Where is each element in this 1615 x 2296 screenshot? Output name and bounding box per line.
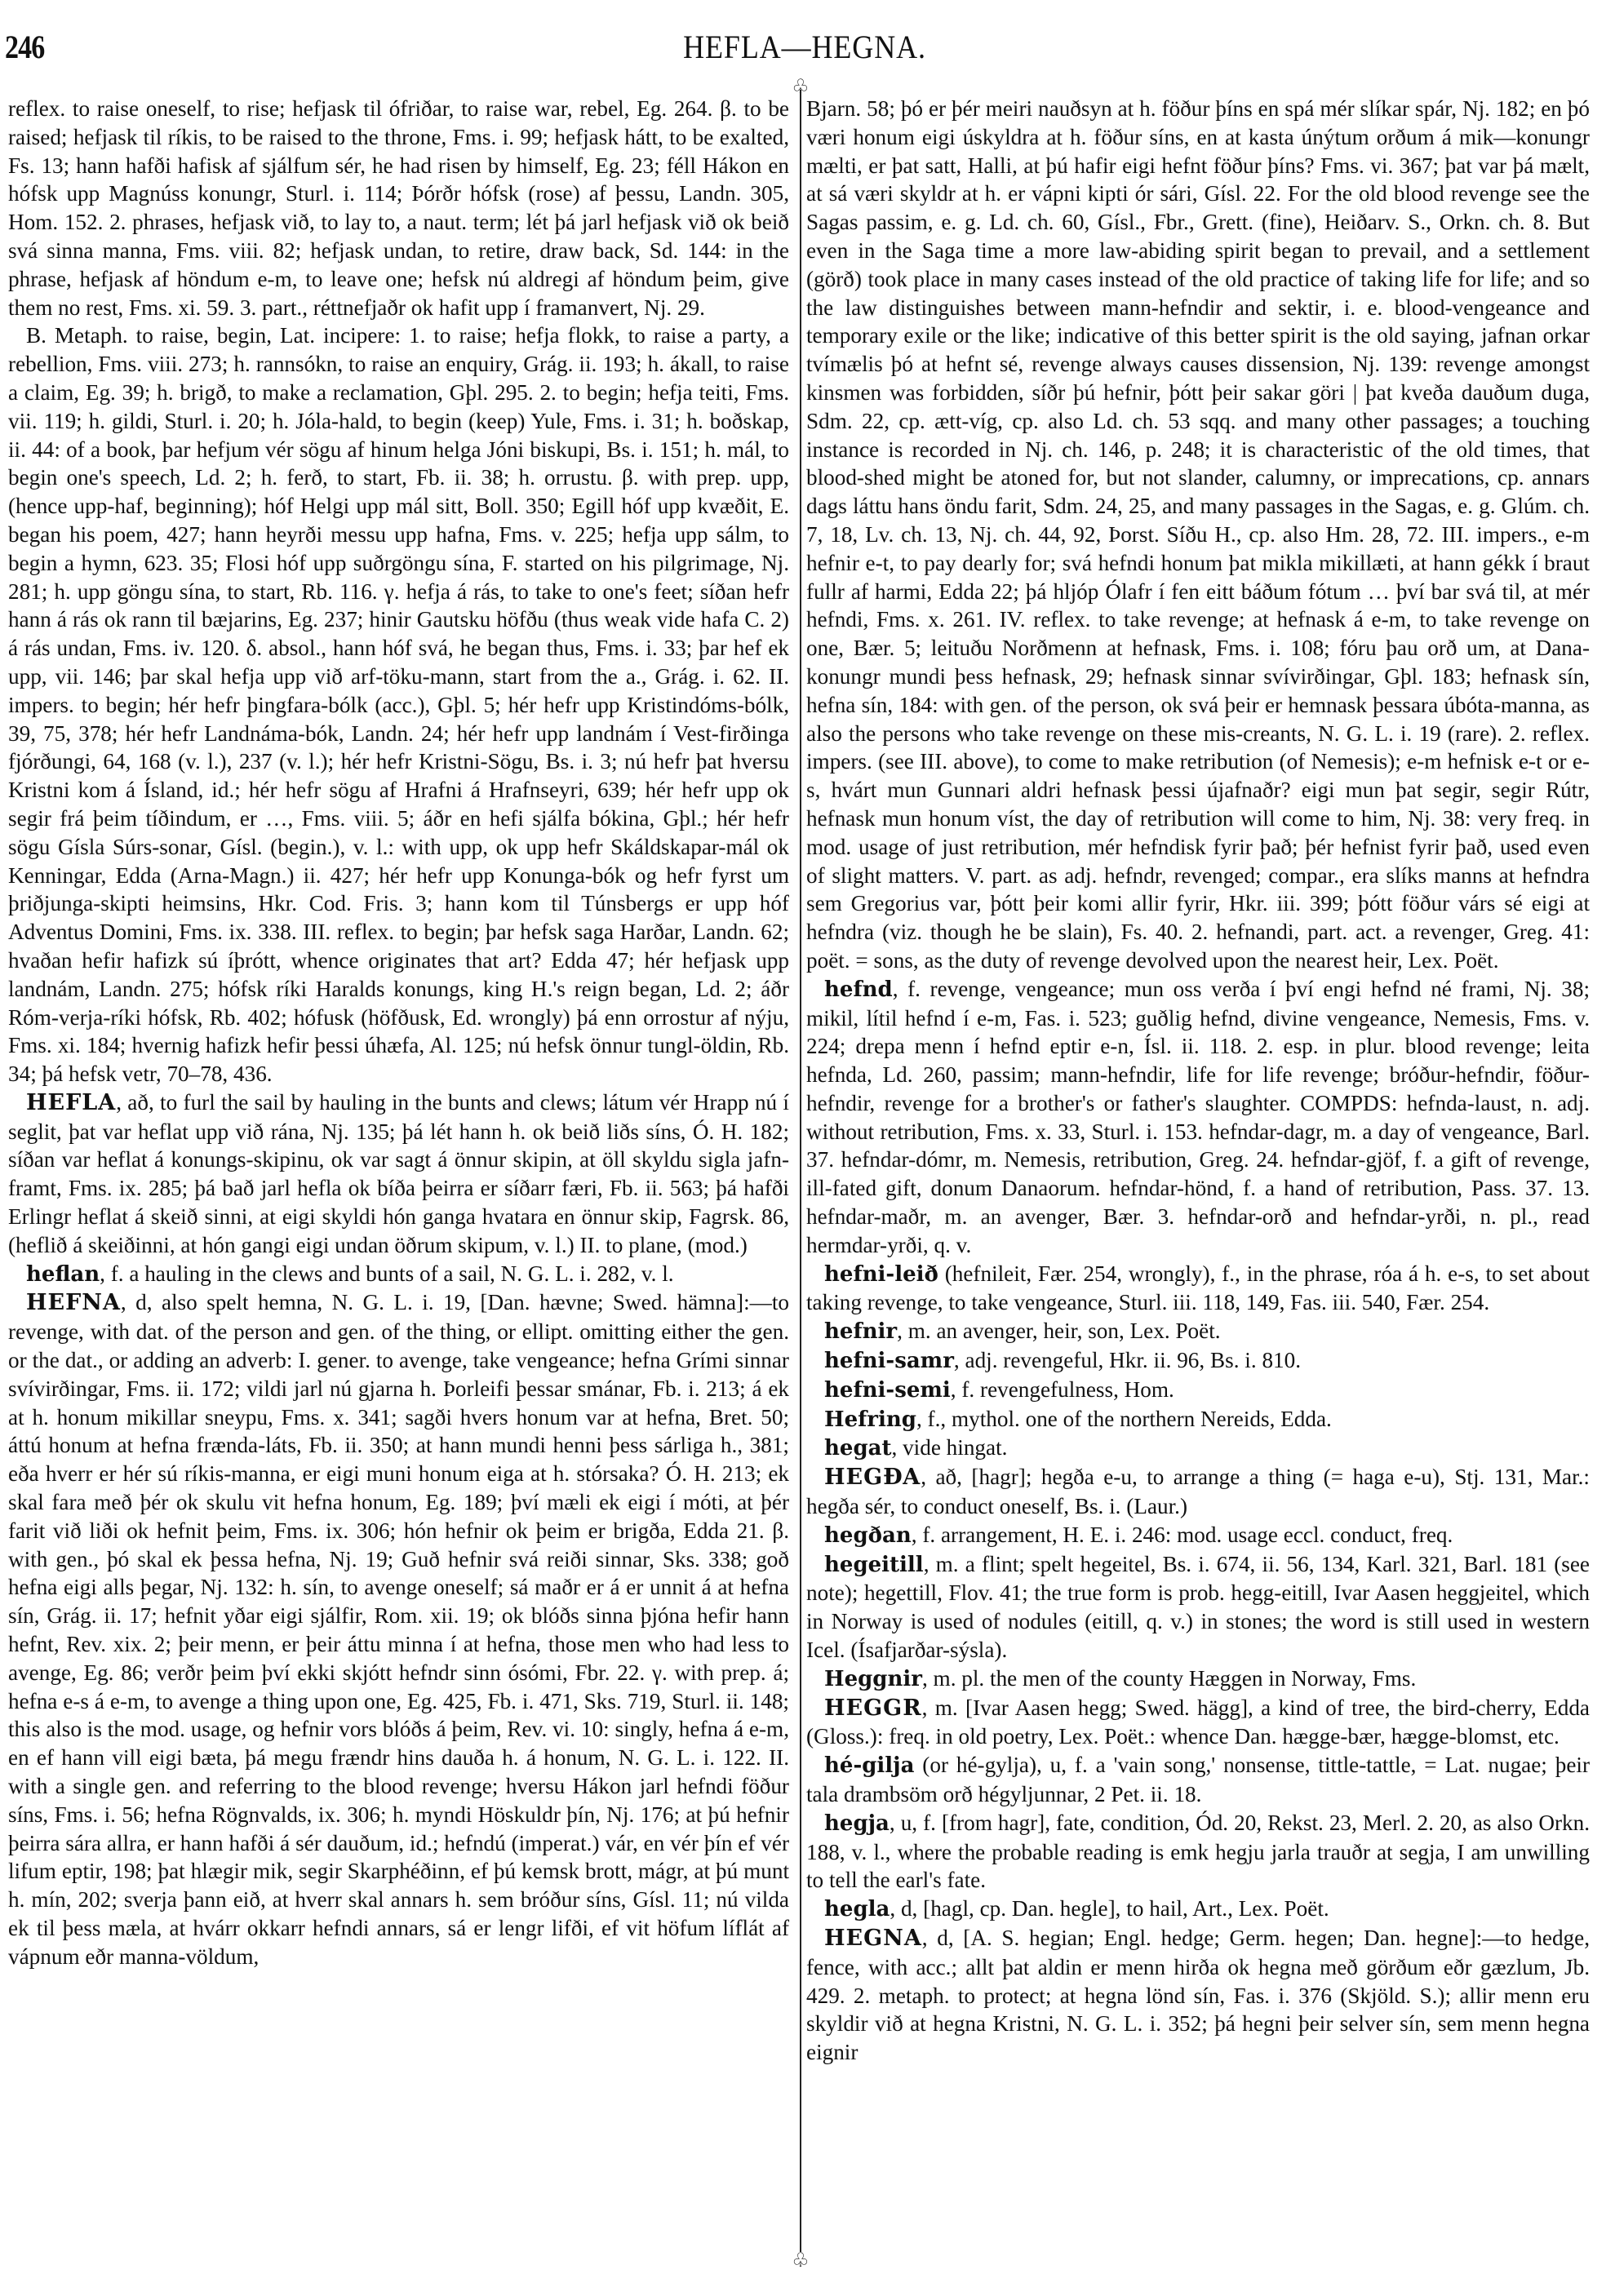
entry-hefla: HEFLA, að, to furl the sail by hauling i…	[8, 1088, 789, 1260]
headword: hefnd	[824, 977, 893, 1002]
entry-hefni-semi: hefni-semi, f. revengefulness, Hom.	[806, 1376, 1590, 1405]
ornament-bottom-icon: ♧	[792, 2249, 810, 2272]
headword: HEGGR	[824, 1695, 922, 1721]
entry-heggnir: Heggnir, m. pl. the men of the county Hæ…	[806, 1664, 1590, 1694]
headword: heflan	[26, 1262, 100, 1287]
entry-hefna: HEFNA, d, also spelt hemna, N. G. L. i. …	[8, 1288, 789, 1970]
entry-hefni-samr: hefni-samr, adj. revengeful, Hkr. ii. 96…	[806, 1346, 1590, 1376]
headword: HEFNA	[26, 1290, 121, 1315]
entry-hefna-continued: Bjarn. 58; þó er þér meiri nauðsyn at h.…	[806, 95, 1590, 975]
entry-hegdan: hegðan, f. arrangement, H. E. i. 246: mo…	[806, 1521, 1590, 1550]
page-number: 246	[5, 28, 44, 66]
headword: hefni-samr	[824, 1349, 954, 1373]
headword: hegeitill	[824, 1553, 924, 1577]
entry-hefnd: hefnd, f. revenge, vengeance; mun oss ve…	[806, 975, 1590, 1260]
entry-hegna: HEGNA, d, [A. S. hegian; Engl. hedge; Ge…	[806, 1924, 1590, 2067]
headword: hefni-semi	[824, 1378, 951, 1403]
entry-hegja: hegja, u, f. [from hagr], fate, conditio…	[806, 1809, 1590, 1895]
headword: hegðan	[824, 1523, 912, 1548]
headword: hefni-leið	[824, 1262, 938, 1287]
headword: hegja	[824, 1811, 890, 1836]
entry-hefja-continued: reflex. to raise oneself, to rise; hefja…	[8, 95, 789, 321]
headword: hegat	[824, 1436, 891, 1460]
entry-heggr: HEGGR, m. [Ivar Aasen hegg; Swed. hägg],…	[806, 1694, 1590, 1752]
headword: Hefring	[824, 1407, 916, 1432]
entry-hefring: Hefring, f., mythol. one of the northern…	[806, 1405, 1590, 1434]
entry-hefnir: hefnir, m. an avenger, heir, son, Lex. P…	[806, 1317, 1590, 1346]
entry-hefja-metaph: B. Metaph. to raise, begin, Lat. inciper…	[8, 321, 789, 1088]
right-column: Bjarn. 58; þó er þér meiri nauðsyn at h.…	[806, 95, 1590, 2067]
entry-hegda: HEGÐA, að, [hagr]; hegða e-u, to arrange…	[806, 1463, 1590, 1521]
headword: HEGÐA	[824, 1465, 921, 1490]
entry-hefni-leid: hefni-leið (hefnileit, Fær. 254, wrongly…	[806, 1260, 1590, 1318]
headword: hegla	[824, 1897, 890, 1921]
entry-heflan: heflan, f. a hauling in the clews and bu…	[8, 1260, 789, 1289]
entry-hegla: hegla, d, [hagl, cp. Dan. hegle], to hai…	[806, 1895, 1590, 1924]
entry-hegeitill: hegeitill, m. a flint; spelt hegeitel, B…	[806, 1550, 1590, 1664]
page-header: 246 HEFLA—HEGNA.	[5, 28, 1604, 69]
headword: HEFLA	[26, 1090, 116, 1115]
headword: hefnir	[824, 1319, 897, 1344]
entry-hegat: hegat, vide hingat.	[806, 1434, 1590, 1463]
running-head: HEFLA—HEGNA.	[85, 28, 1524, 66]
headword: hé-gilja	[824, 1753, 914, 1778]
column-divider	[800, 90, 801, 2252]
entry-he-gilja: hé-gilja (or hé-gylja), u, f. a 'vain so…	[806, 1751, 1590, 1809]
headword: HEGNA	[824, 1926, 922, 1951]
headword: Heggnir	[824, 1667, 922, 1691]
left-column: reflex. to raise oneself, to rise; hefja…	[8, 95, 789, 1971]
